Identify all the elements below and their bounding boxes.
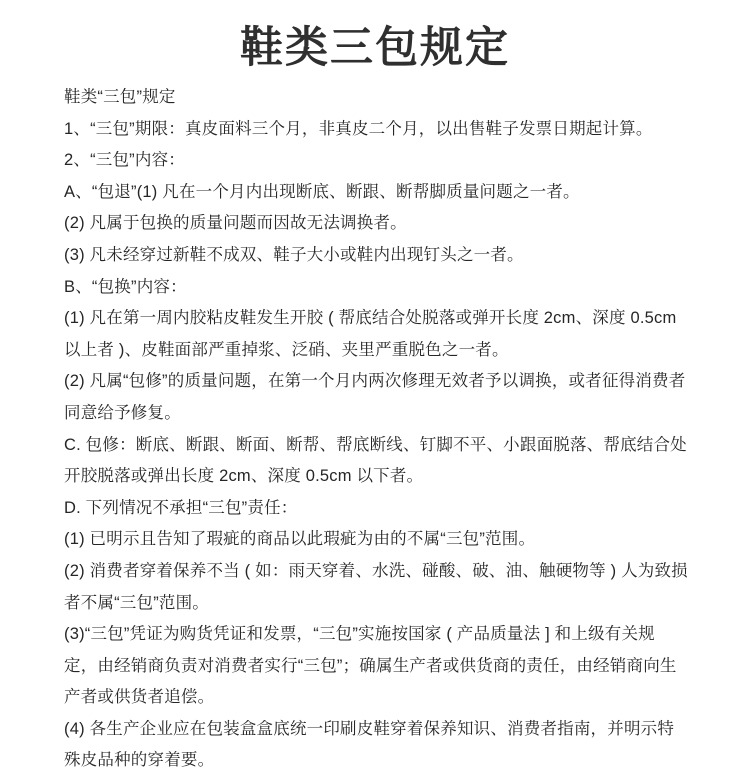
paragraph-repair: C. 包修：断底、断跟、断面、断帮、帮底断线、钉脚不平、小跟面脱落、帮底结合处开…: [64, 430, 688, 493]
paragraph-exchange-item-1: (1) 凡在第一周内胶粘皮鞋发生开胶 ( 帮底结合处脱落或弹开长度 2cm、深度…: [64, 303, 688, 366]
paragraph-exclusion-item-4: (4) 各生产企业应在包装盒盒底统一印刷皮鞋穿着保养知识、消费者指南，并明示特殊…: [64, 714, 688, 777]
paragraph-warranty-content-heading: 2、“三包”内容：: [64, 145, 688, 177]
document-body: 鞋类“三包”规定 1、“三包”期限：真皮面料三个月，非真皮二个月，以出售鞋子发票…: [0, 76, 750, 777]
warranty-document: 鞋类三包规定 鞋类“三包”规定 1、“三包”期限：真皮面料三个月，非真皮二个月，…: [0, 0, 750, 784]
paragraph-exclusion-item-3: (3)“三包”凭证为购货凭证和发票，“三包”实施按国家 ( 产品质量法 ] 和上…: [64, 619, 688, 714]
paragraph-exchange-item-2: (2) 凡属“包修”的质量问题，在第一个月内两次修理无效者予以调换，或者征得消费…: [64, 366, 688, 429]
paragraph-exclusion-item-2: (2) 消费者穿着保养不当 ( 如：雨天穿着、水洗、碰酸、破、油、触硬物等 ) …: [64, 556, 688, 619]
paragraph-refund-item-2: (2) 凡属于包换的质量问题而因故无法调换者。: [64, 208, 688, 240]
paragraph-exclusions-heading: D. 下列情况不承担“三包”责任：: [64, 493, 688, 525]
paragraph-exclusion-item-1: (1) 已明示且告知了瑕疵的商品以此瑕疵为由的不属“三包”范围。: [64, 524, 688, 556]
paragraph-refund-item-1: A、“包退”(1) 凡在一个月内出现断底、断跟、断帮脚质量问题之一者。: [64, 177, 688, 209]
document-subtitle: 鞋类“三包”规定: [64, 82, 688, 114]
page-title: 鞋类三包规定: [0, 0, 750, 76]
paragraph-warranty-period: 1、“三包”期限：真皮面料三个月，非真皮二个月，以出售鞋子发票日期起计算。: [64, 114, 688, 146]
paragraph-exchange-heading: B、“包换”内容：: [64, 272, 688, 304]
paragraph-refund-item-3: (3) 凡未经穿过新鞋不成双、鞋子大小或鞋内出现钉头之一者。: [64, 240, 688, 272]
